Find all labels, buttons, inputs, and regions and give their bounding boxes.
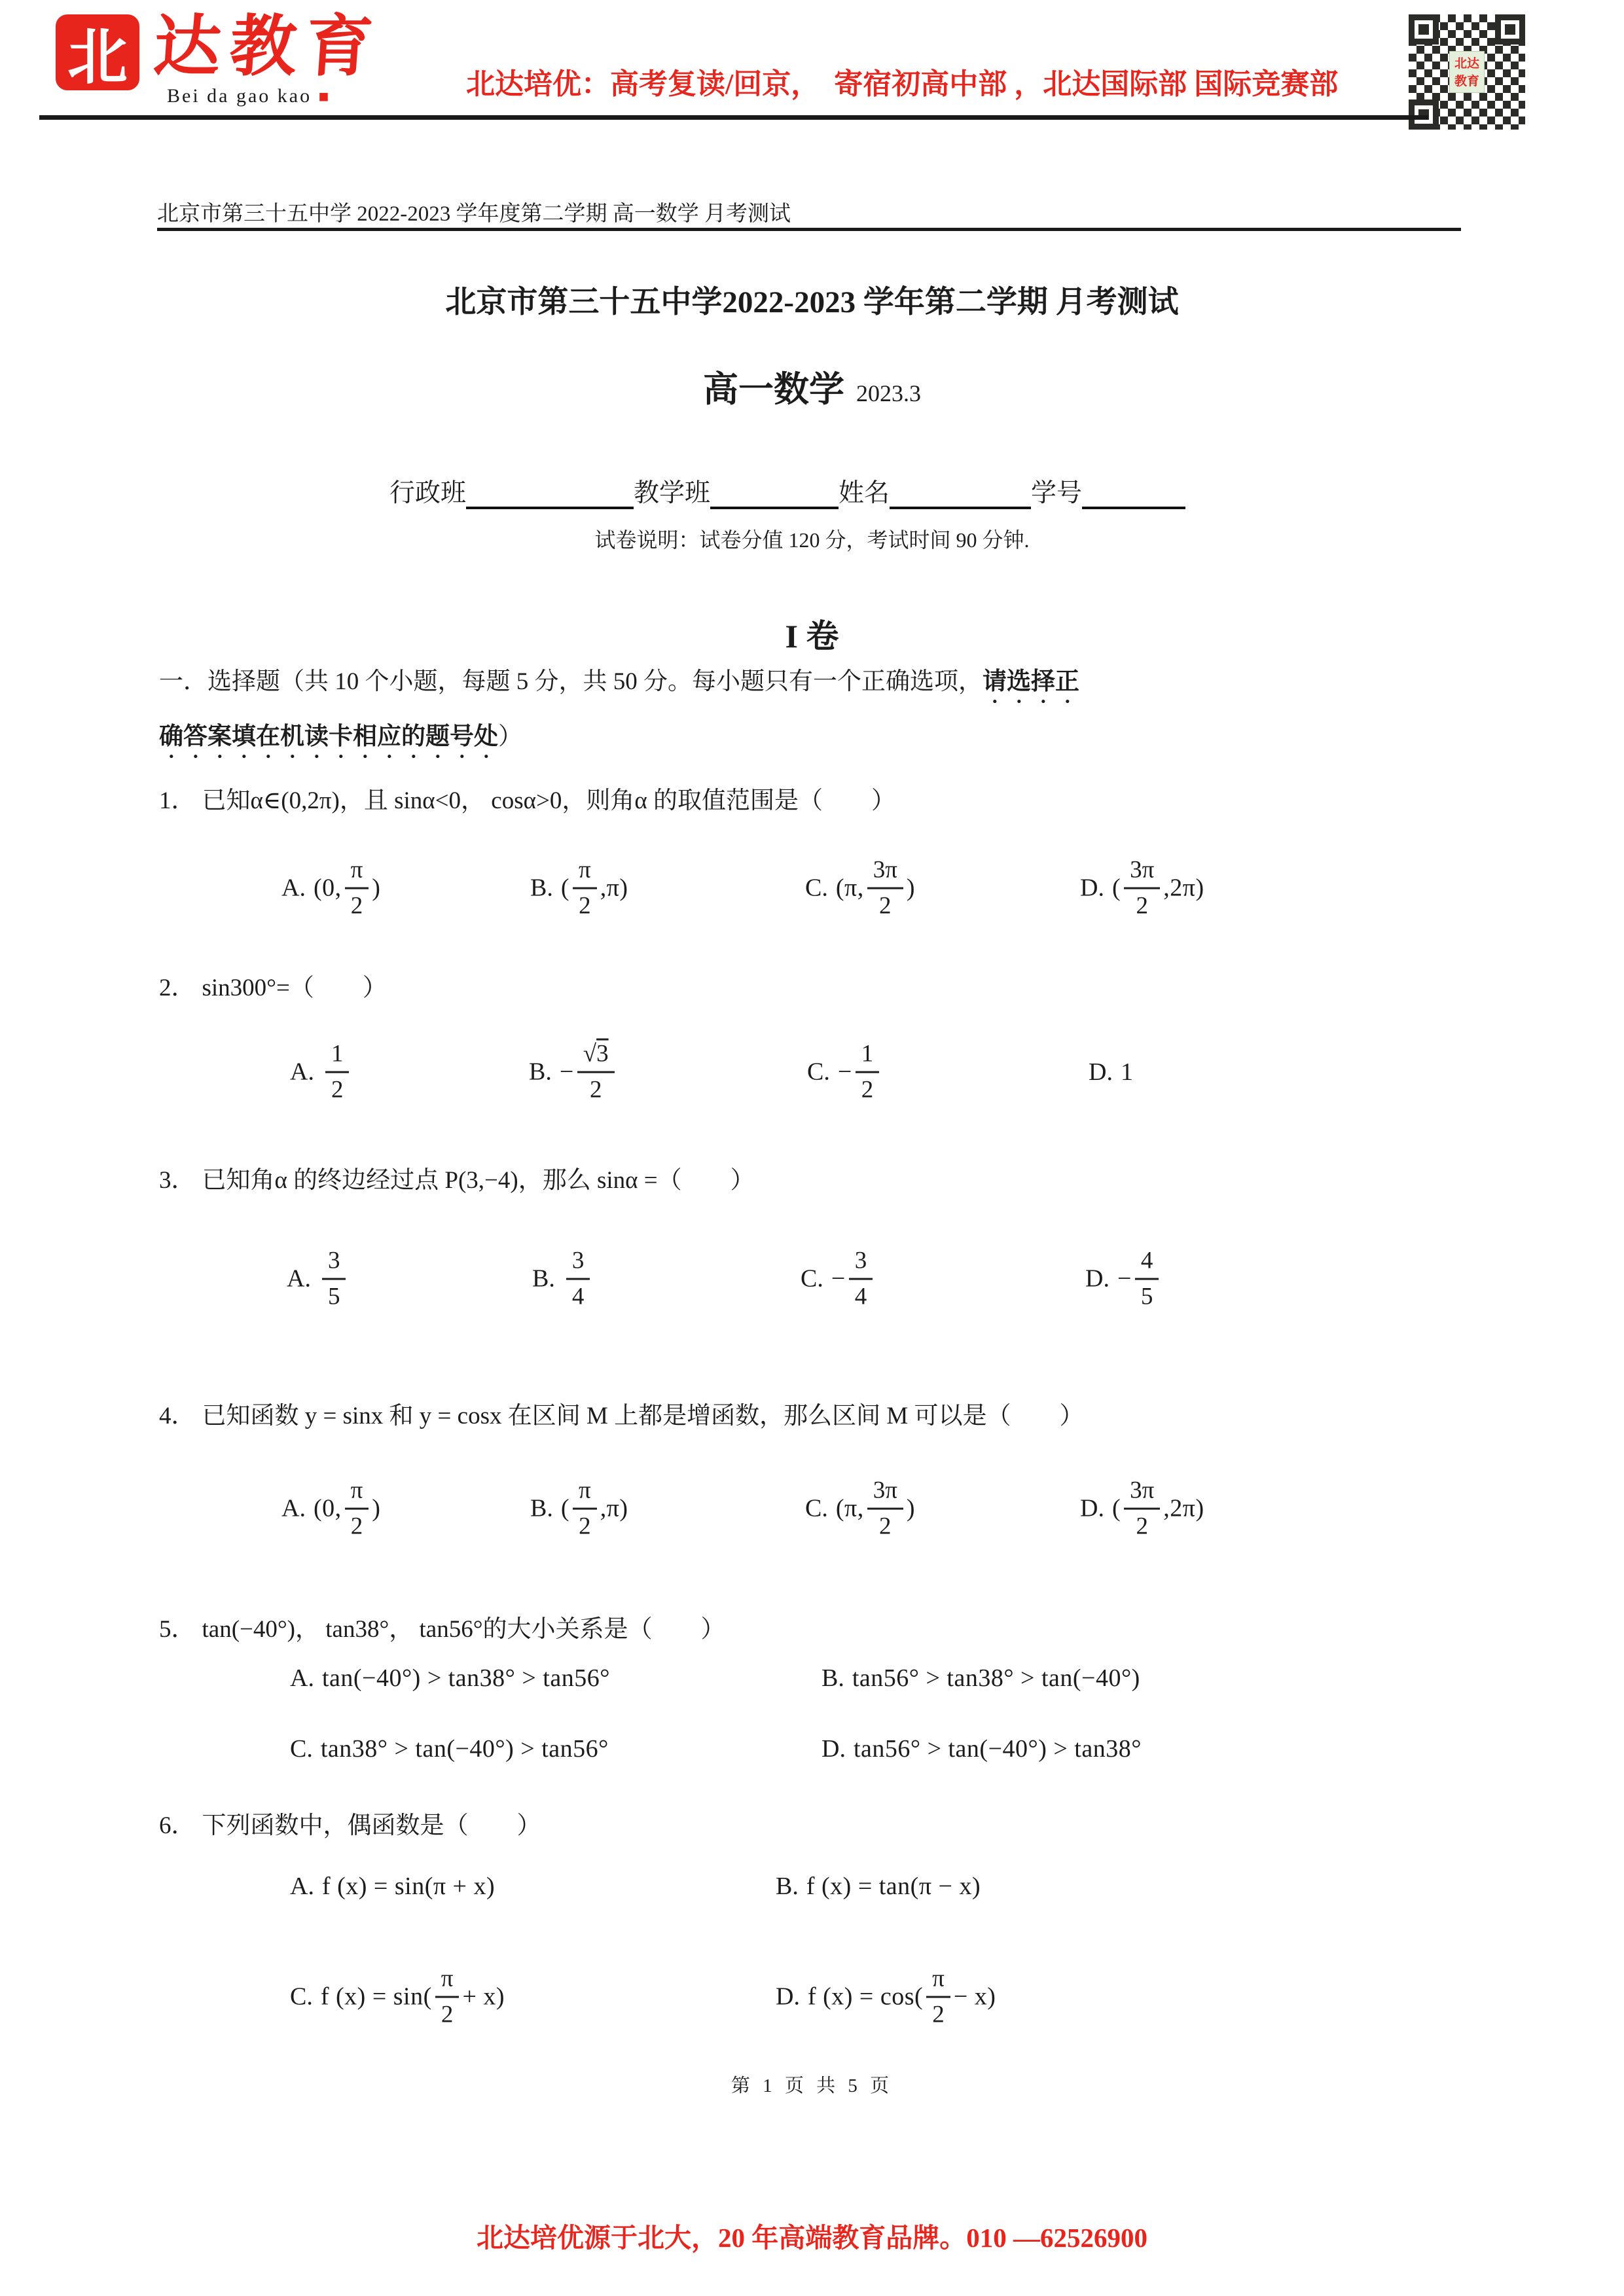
option-b[interactable]: B.−√32 (529, 1041, 618, 1103)
instruction-line-2: 确答案填在机读卡相应的题号处） (159, 709, 1467, 764)
option-a[interactable]: A.35 (287, 1248, 349, 1310)
options-row: C.f (x) = sin(π2+ x) D.f (x) = cos(π2− x… (159, 1948, 1468, 2046)
question-stem: 2．sin300°=（ ） (159, 967, 1468, 1003)
section-instructions: 一．选择题（共 10 个小题，每题 5 分，共 50 分。每小题只有一个正确选项… (159, 655, 1467, 764)
qr-code: 北达 教育 (1409, 14, 1525, 130)
fraction: π2 (926, 1966, 950, 2028)
exam-date: 2023.3 (856, 380, 921, 406)
options-row: A.(0,π2) B.(π2,π) C.(π,3π2) D.(3π2,2π) (159, 1460, 1468, 1558)
option-d[interactable]: D.f (x) = cos(π2− x) (776, 1966, 996, 2028)
page-number: 第 1 页 共 5 页 (0, 2071, 1624, 2098)
qr-finder-icon (1409, 14, 1439, 45)
options-row: A.f (x) = sin(π + x) B.f (x) = tan(π − x… (159, 1872, 1468, 1918)
question-4: 4．已知函数 y = sinx 和 y = cosx 在区间 M 上都是增函数，… (159, 1395, 1468, 1558)
question-number: 3． (159, 1167, 196, 1194)
fraction: √32 (577, 1041, 615, 1103)
option-a[interactable]: A.(0,π2) (281, 857, 380, 920)
options-row: A.12 B.−√32 C.−12 D.1 (159, 1020, 1468, 1124)
logo-brand-text: 达教育 (151, 14, 384, 81)
fraction: 3π2 (1124, 1478, 1160, 1540)
fraction: π2 (345, 1478, 369, 1540)
red-square-icon: ■ (319, 87, 331, 106)
logo-subtext: Bei da gao kao ■ (167, 85, 331, 107)
option-d[interactable]: D.−45 (1085, 1248, 1162, 1310)
fraction: 12 (856, 1041, 880, 1103)
exam-title: 北京市第三十五中学2022-2023 学年第二学期 月考测试 (0, 278, 1624, 321)
option-c[interactable]: C.−34 (801, 1248, 876, 1310)
option-a[interactable]: A.tan(−40°) > tan38° > tan56° (290, 1664, 610, 1693)
field-label-student-id: 学号 (1031, 479, 1082, 507)
student-id-blank[interactable] (1082, 480, 1185, 509)
fraction: 12 (325, 1041, 350, 1103)
question-stem: 5．tan(−40°)， tan38°， tan56°的大小关系是（ ） (159, 1609, 1468, 1644)
section-heading: I 卷 (0, 610, 1624, 657)
running-head-divider (157, 228, 1461, 231)
logo-pinyin: Bei da gao kao (167, 85, 312, 107)
instruction-emphasis: 确答案填在机读卡相应的题号处 (159, 723, 498, 750)
fraction: 35 (322, 1248, 346, 1310)
header-slogan: 北达培优：高考复读/回京， 寄宿初高中部 ，北达国际部 国际竞赛部 (466, 60, 1338, 102)
question-6: 6．下列函数中，偶函数是（ ） A.f (x) = sin(π + x) B.f… (159, 1805, 1468, 2046)
field-label-name: 姓名 (839, 479, 890, 507)
question-number: 6． (159, 1812, 196, 1839)
option-a[interactable]: A.12 (290, 1041, 352, 1103)
option-d[interactable]: D.tan56° > tan(−40°) > tan38° (821, 1734, 1142, 1763)
question-2: 2．sin300°=（ ） A.12 B.−√32 C.−12 D.1 (159, 967, 1468, 1124)
question-text: sin300°=（ ） (202, 975, 387, 1001)
brand-footer: 北达培优源于北大，20 年高端教育品牌。010 —62526900 (0, 2216, 1624, 2255)
fraction: 3π2 (867, 1478, 903, 1540)
fraction: 3π2 (1124, 857, 1160, 920)
instruction-emphasis: 请选择正 (983, 668, 1079, 695)
seal-character: 北 (67, 9, 128, 96)
qr-finder-icon (1495, 14, 1525, 45)
options-row: A.tan(−40°) > tan38° > tan56° B.tan56° >… (159, 1664, 1468, 1715)
fraction: 34 (849, 1248, 873, 1310)
logo-seal-icon: 北 (56, 14, 139, 90)
exam-note: 试卷说明：试卷分值 120 分，考试时间 90 分钟. (0, 524, 1624, 554)
option-b[interactable]: B.34 (532, 1248, 593, 1310)
question-text: 已知函数 y = sinx 和 y = cosx 在区间 M 上都是增函数，那么… (202, 1403, 1084, 1429)
instruction-line-1: 一．选择题（共 10 个小题，每题 5 分，共 50 分。每小题只有一个正确选项… (159, 655, 1467, 709)
fraction: π2 (573, 1478, 597, 1540)
option-c[interactable]: C.(π,3π2) (805, 1478, 915, 1540)
header-divider (39, 115, 1428, 120)
teaching-class-blank[interactable] (710, 480, 839, 509)
question-stem: 6．下列函数中，偶函数是（ ） (159, 1805, 1468, 1840)
option-d[interactable]: D.1 (1089, 1058, 1133, 1086)
fraction: π2 (435, 1966, 460, 2028)
option-b[interactable]: B.f (x) = tan(π − x) (776, 1872, 981, 1901)
option-c[interactable]: C.tan38° > tan(−40°) > tan56° (290, 1734, 609, 1763)
question-text: 已知α∈(0,2π)，且 sinα<0， cosα>0，则角α 的取值范围是（ … (202, 787, 896, 814)
option-b[interactable]: B.(π2,π) (530, 1478, 628, 1540)
option-d[interactable]: D.(3π2,2π) (1080, 857, 1204, 920)
fraction: 45 (1135, 1248, 1159, 1310)
field-label-admin-class: 行政班 (389, 479, 466, 507)
fraction: π2 (573, 857, 597, 920)
exam-subtitle: 高一数学 2023.3 (0, 361, 1624, 412)
exam-page: 北 达教育 Bei da gao kao ■ 北达培优：高考复读/回京， 寄宿初… (0, 0, 1624, 2296)
qr-finder-icon (1409, 99, 1439, 130)
subject-name: 高一数学 (703, 370, 844, 409)
field-label-teaching-class: 教学班 (634, 479, 710, 507)
question-3: 3．已知角α 的终边经过点 P(3,−4)，那么 sinα =（ ） A.35 … (159, 1160, 1468, 1331)
question-stem: 1．已知α∈(0,2π)，且 sinα<0， cosα>0，则角α 的取值范围是… (159, 780, 1468, 816)
fraction: 3π2 (867, 857, 903, 920)
running-head: 北京市第三十五中学 2022-2023 学年度第二学期 高一数学 月考测试 (157, 196, 791, 227)
qr-center-label: 北达 教育 (1449, 51, 1485, 93)
question-number: 4． (159, 1403, 196, 1429)
option-a[interactable]: A.(0,π2) (281, 1478, 380, 1540)
question-stem: 4．已知函数 y = sinx 和 y = cosx 在区间 M 上都是增函数，… (159, 1395, 1468, 1431)
question-text: 已知角α 的终边经过点 P(3,−4)，那么 sinα =（ ） (202, 1167, 755, 1194)
instruction-close: ） (498, 723, 522, 750)
option-c[interactable]: C.(π,3π2) (805, 857, 915, 920)
instruction-normal: 一．选择题（共 10 个小题，每题 5 分，共 50 分。每小题只有一个正确选项… (159, 668, 983, 695)
option-c[interactable]: C.−12 (807, 1041, 882, 1103)
option-c[interactable]: C.f (x) = sin(π2+ x) (290, 1966, 505, 2028)
question-stem: 3．已知角α 的终边经过点 P(3,−4)，那么 sinα =（ ） (159, 1160, 1468, 1195)
options-row: C.tan38° > tan(−40°) > tan56° D.tan56° >… (159, 1734, 1468, 1785)
question-number: 1． (159, 787, 196, 814)
option-a[interactable]: A.f (x) = sin(π + x) (290, 1872, 495, 1901)
question-1: 1．已知α∈(0,2π)，且 sinα<0， cosα>0，则角α 的取值范围是… (159, 780, 1468, 937)
options-row: A.35 B.34 C.−34 D.−45 (159, 1227, 1468, 1331)
name-blank[interactable] (890, 480, 1031, 509)
admin-class-blank[interactable] (466, 480, 634, 509)
option-b[interactable]: B.(π2,π) (530, 857, 628, 920)
qr-label-line2: 教育 (1450, 73, 1484, 91)
radical-sign: √ (583, 1041, 596, 1067)
qr-label-line1: 北达 (1450, 56, 1484, 73)
fraction: 34 (566, 1248, 590, 1310)
student-info-form: 行政班教学班姓名学号 (389, 473, 1185, 509)
beida-logo: 北 达教育 Bei da gao kao ■ (56, 14, 382, 90)
question-number: 5． (159, 1616, 196, 1643)
option-b[interactable]: B.tan56° > tan38° > tan(−40°) (821, 1664, 1140, 1693)
question-text: tan(−40°)， tan38°， tan56°的大小关系是（ ） (202, 1616, 725, 1643)
options-row: A.(0,π2) B.(π2,π) C.(π,3π2) D.(3π2,2π) (159, 839, 1468, 937)
question-number: 2． (159, 975, 196, 1001)
fraction: π2 (345, 857, 369, 920)
question-5: 5．tan(−40°)， tan38°， tan56°的大小关系是（ ） A.t… (159, 1609, 1468, 1785)
question-text: 下列函数中，偶函数是（ ） (202, 1812, 541, 1839)
option-d[interactable]: D.(3π2,2π) (1080, 1478, 1204, 1540)
